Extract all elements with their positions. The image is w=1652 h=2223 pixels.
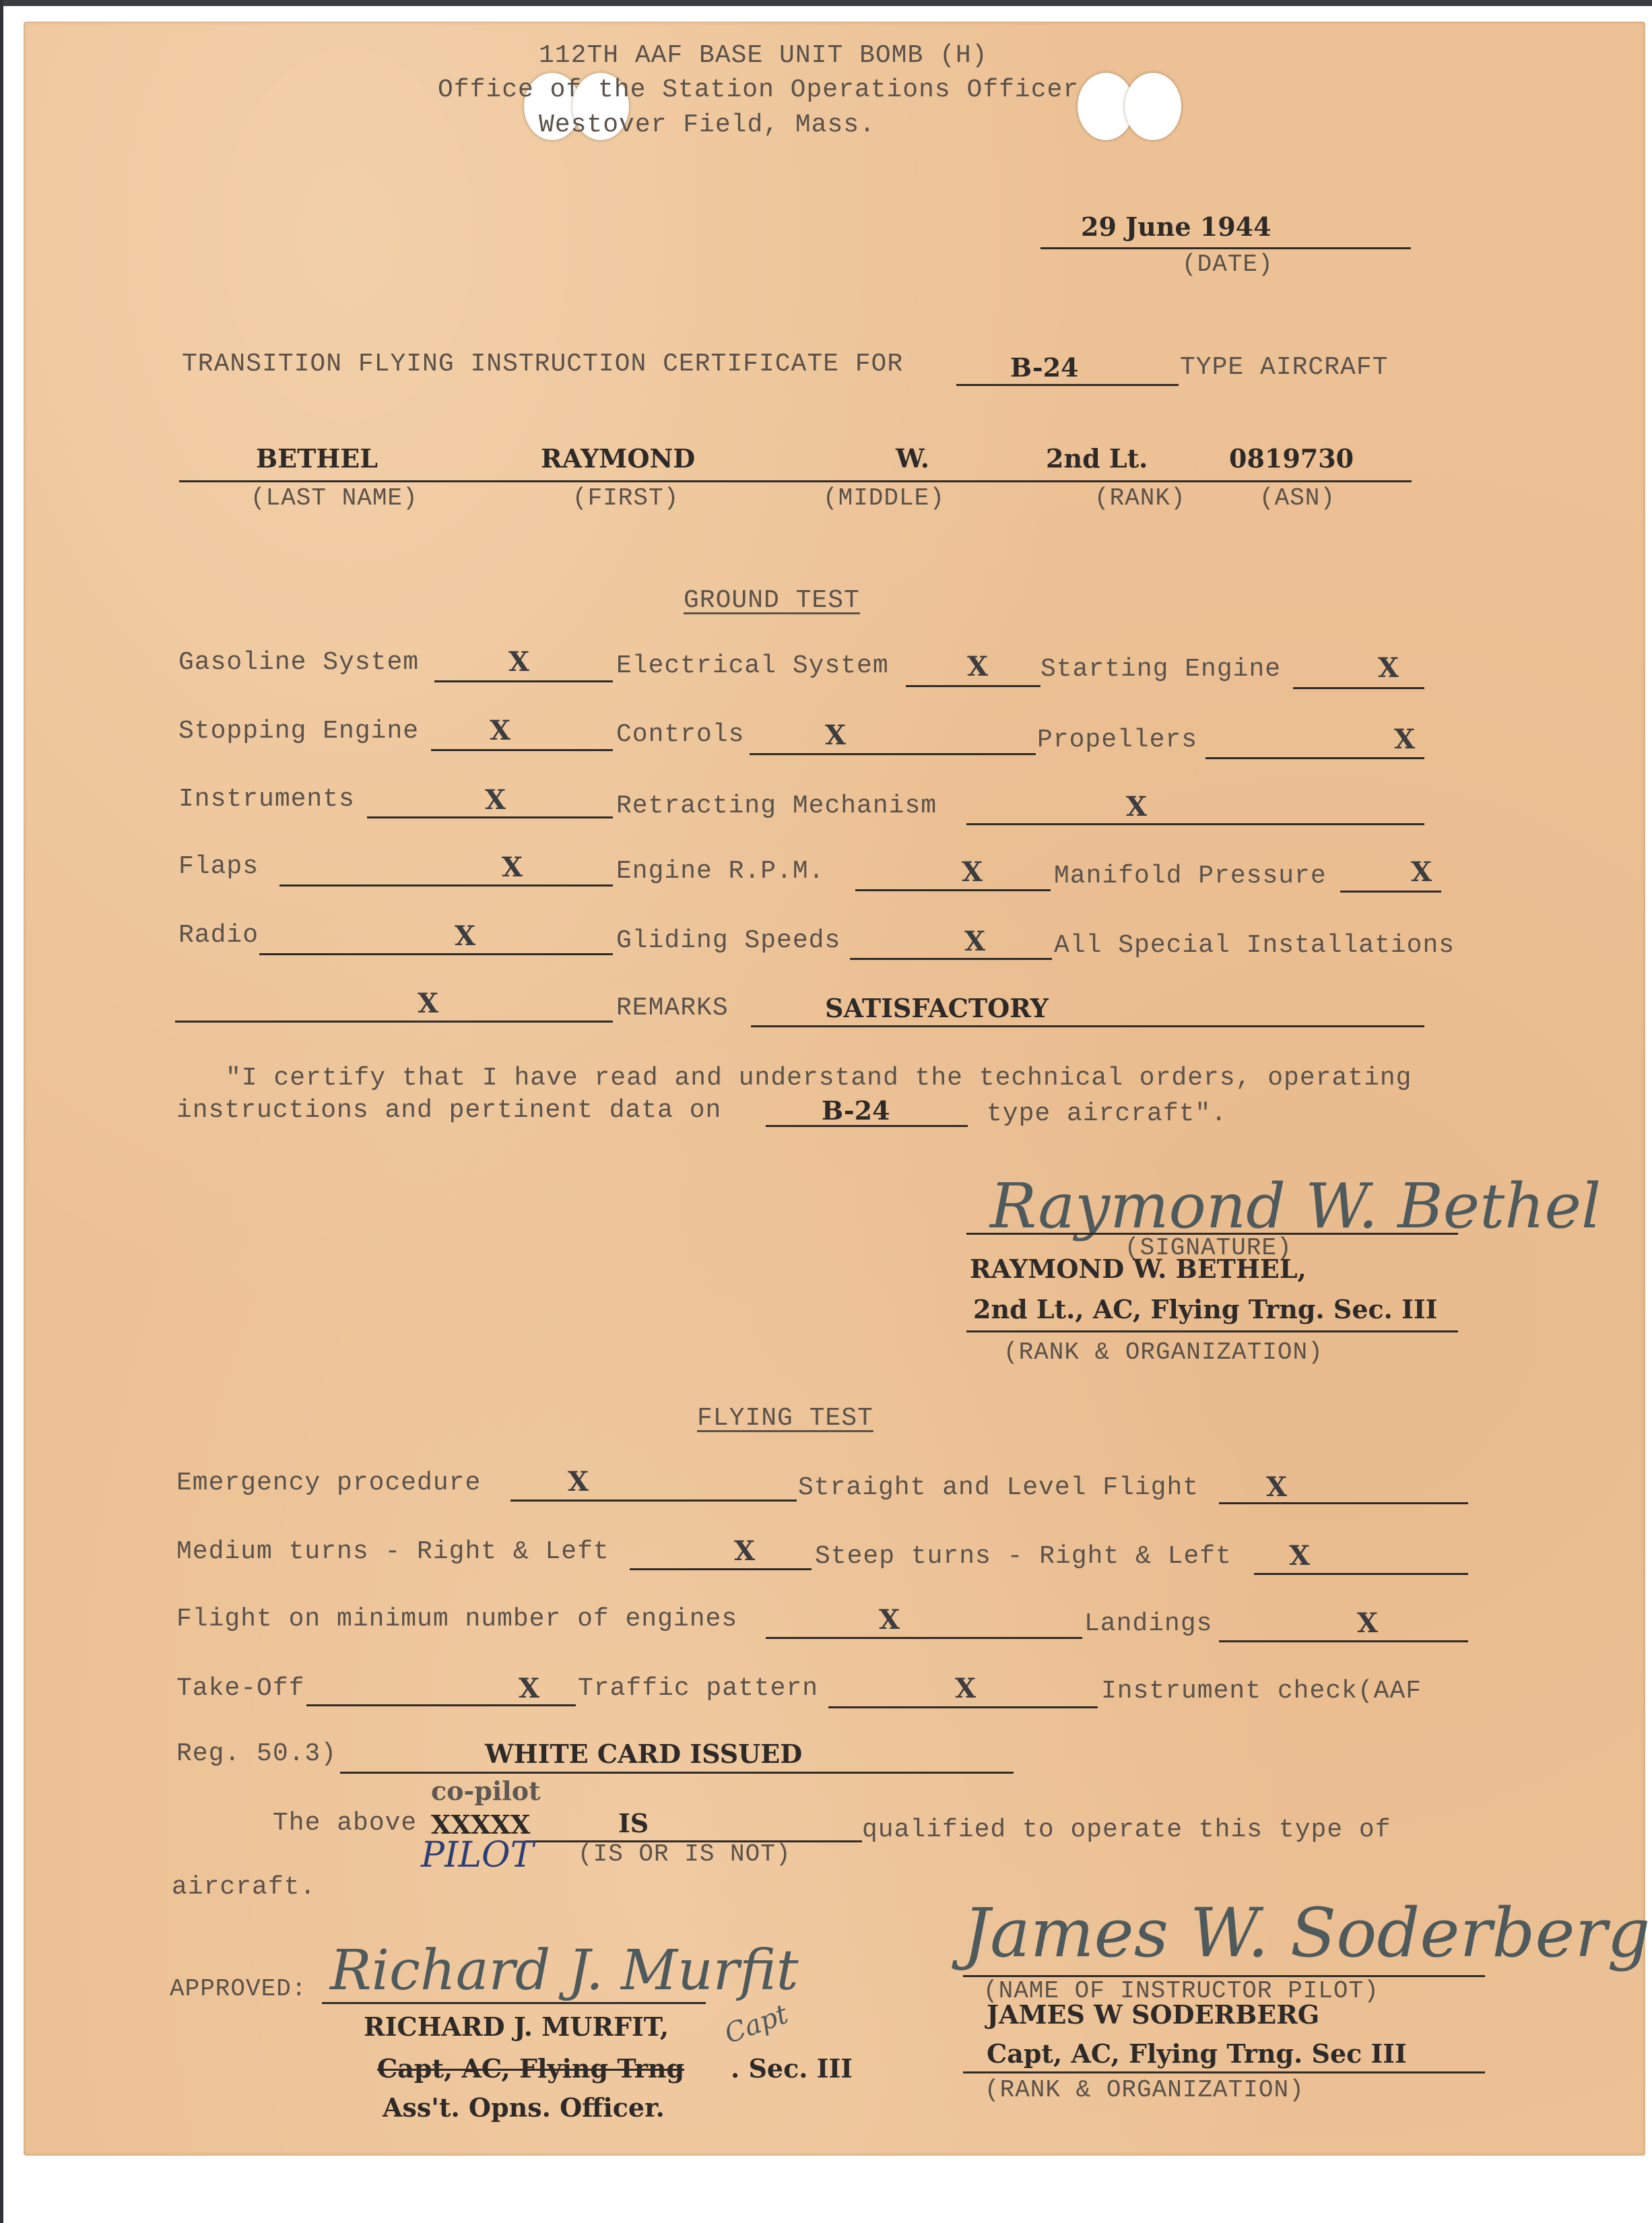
ground-item-mark: X (455, 923, 475, 950)
header-office: Office of the Station Operations Officer (438, 77, 1079, 103)
ground-item-mark: X (490, 717, 510, 744)
ground-item-mark: X (485, 787, 506, 814)
flying-item-label: Flight on minimum number of engines (176, 1607, 737, 1632)
trainee-typed-name: RAYMOND W. BETHEL, (970, 1256, 1307, 1282)
certificate-aircraft: B-24 (1010, 355, 1078, 381)
trainee-rank-org-label: (RANK & ORGANIZATION) (1003, 1341, 1323, 1365)
ground-item-line (175, 1021, 613, 1023)
flying-item-mark: X (734, 1538, 755, 1565)
ground-item-mark: X (1126, 794, 1147, 820)
approved-label: APPROVED: (170, 1977, 306, 2001)
ground-item-label: Electrical System (616, 653, 889, 679)
ground-item-label: Stopping Engine (178, 719, 419, 744)
flying-item-label: Traffic pattern (578, 1676, 818, 1702)
reg-line (340, 1772, 1014, 1774)
middle-name-label: (MIDDLE) (823, 486, 945, 511)
ground-item-line (855, 889, 1051, 891)
flying-item-line (510, 1500, 797, 1502)
flying-item-mark: X (955, 1675, 976, 1702)
punch-hole (1125, 73, 1181, 140)
flying-item-mark: X (519, 1675, 539, 1702)
certificate-prefix: TRANSITION FLYING INSTRUCTION CERTIFICAT… (182, 352, 903, 377)
ground-item-label: Gasoline System (178, 650, 419, 676)
flying-item-label: Instrument check(AAF (1101, 1679, 1422, 1704)
flying-item-label: Medium turns - Right & Left (176, 1539, 609, 1565)
flying-item-mark: X (568, 1469, 589, 1495)
qualification-suffix: qualified to operate this type of (862, 1817, 1391, 1843)
reg-label: Reg. 50.3) (176, 1741, 337, 1767)
approval-rank-rest: . Sec. III (731, 2056, 853, 2082)
instructor-rank-org-label: (RANK & ORGANIZATION) (985, 2078, 1304, 2102)
flying-item-mark: X (1266, 1474, 1287, 1501)
flying-item-line (1254, 1573, 1468, 1575)
certification-line2-suffix: type aircraft". (987, 1101, 1227, 1127)
trainee-signature: Raymond W. Bethel (990, 1175, 1601, 1237)
flying-item-line (1219, 1502, 1468, 1504)
trainee-last-name: BETHEL (256, 446, 378, 472)
ground-item-mark: X (418, 990, 438, 1017)
ground-item-label: Instruments (178, 787, 355, 812)
ground-item-line (434, 680, 613, 682)
ground-item-line (850, 958, 1052, 960)
ground-item-mark: X (964, 928, 985, 955)
ground-item-mark: X (962, 859, 983, 886)
qualification-handwritten: PILOT (421, 1838, 533, 1873)
certification-line2-prefix: instructions and pertinent data on (176, 1098, 721, 1124)
trainee-name-line (179, 480, 1412, 482)
qualification-struck-word: XXXXX (431, 1812, 530, 1838)
flying-item-line (306, 1704, 576, 1706)
flying-item-label: Steep turns - Right & Left (815, 1544, 1232, 1570)
ground-item-label: Gliding Speeds (616, 928, 840, 954)
ground-item-label: Engine R.P.M. (616, 859, 824, 884)
instructor-signature: James W. Soderberg (963, 1900, 1650, 1967)
first-name-label: (FIRST) (572, 486, 679, 511)
ground-item-mark: X (1378, 655, 1399, 682)
qualification-line2: aircraft. (172, 1875, 316, 1900)
ground-item-line (1293, 687, 1424, 689)
ground-item-label: Retracting Mechanism (616, 794, 937, 819)
remarks-value: SATISFACTORY (825, 996, 1049, 1021)
ground-item-mark: X (502, 854, 523, 881)
approval-typed-name: RICHARD J. MURFIT, (364, 2014, 669, 2040)
ground-item-mark: X (825, 722, 846, 749)
ground-test-title: GROUND TEST (684, 588, 860, 614)
reg-value: WHITE CARD ISSUED (485, 1741, 802, 1767)
ground-item-mark: X (1411, 859, 1432, 886)
header-unit: 112TH AAF BASE UNIT BOMB (H) (539, 43, 988, 69)
trainee-rank-line (966, 1330, 1458, 1332)
asn-label: (ASN) (1259, 486, 1335, 511)
trainee-rank: 2nd Lt. (1046, 446, 1148, 472)
approval-title: Ass't. Opns. Officer. (383, 2095, 665, 2121)
ground-item-label: Starting Engine (1040, 657, 1281, 682)
flying-item-label: Emergency procedure (176, 1471, 481, 1496)
qualification-status-label: (IS OR IS NOT) (578, 1842, 791, 1867)
ground-item-label: Controls (616, 722, 744, 748)
ground-item-label: Manifold Pressure (1054, 864, 1327, 889)
flying-item-label: Take-Off (176, 1676, 304, 1702)
rank-label: (RANK) (1094, 486, 1186, 511)
approval-struck-rank: Capt, AC, Flying Trng (377, 2056, 684, 2082)
certification-aircraft: B-24 (822, 1098, 890, 1124)
date-line (1040, 247, 1411, 249)
qualification-typed-over: co-pilot (431, 1778, 541, 1804)
scan-left-edge (0, 0, 3, 2223)
trainee-first-name: RAYMOND (541, 446, 695, 472)
certificate-aircraft-line (956, 384, 1179, 386)
ground-item-line (1205, 757, 1424, 759)
instructor-typed-name: JAMES W SODERBERG (987, 2002, 1319, 2028)
ground-item-line (367, 816, 613, 818)
ground-item-line (906, 685, 1040, 687)
flying-item-mark: X (1289, 1543, 1310, 1570)
date-value: 29 June 1944 (1081, 214, 1271, 240)
ground-item-label: All Special Installations (1054, 933, 1455, 959)
ground-item-mark: X (967, 653, 988, 680)
certification-line1: "I certify that I have read and understa… (226, 1066, 1412, 1091)
ground-item-mark: X (508, 649, 529, 676)
certificate-suffix: TYPE AIRCRAFT (1180, 355, 1388, 381)
ground-item-line (431, 749, 613, 751)
trainee-rank-org: 2nd Lt., AC, Flying Trng. Sec. III (973, 1297, 1437, 1322)
ground-item-label: Radio (178, 923, 259, 948)
last-name-label: (LAST NAME) (251, 486, 418, 511)
flying-item-line (1219, 1640, 1468, 1642)
flying-item-mark: X (1357, 1610, 1378, 1637)
instructor-rank-line (963, 2071, 1485, 2073)
ground-item-mark: X (1394, 726, 1415, 753)
ground-item-label: Flaps (178, 854, 259, 880)
ground-item-line (750, 753, 1036, 755)
flying-item-mark: X (879, 1607, 900, 1634)
ground-item-line (259, 953, 613, 955)
ground-item-label: Propellers (1037, 728, 1197, 753)
qualification-status: IS (618, 1811, 649, 1836)
flying-item-label: Straight and Level Flight (798, 1475, 1199, 1501)
ground-item-line (279, 884, 613, 887)
trainee-middle: W. (896, 446, 929, 472)
trainee-asn: 0819730 (1229, 446, 1354, 472)
certification-aircraft-line (766, 1125, 968, 1127)
flying-item-label: Landings (1084, 1611, 1212, 1637)
remarks-label: REMARKS (616, 996, 729, 1021)
remarks-line (751, 1025, 1424, 1027)
flying-item-line (828, 1706, 1098, 1708)
instructor-rank-org: Capt, AC, Flying Trng. Sec III (987, 2041, 1407, 2067)
flying-item-line (766, 1637, 1082, 1639)
approval-signature-line (322, 2002, 706, 2004)
flying-item-line (630, 1568, 812, 1570)
header-location: Westover Field, Mass. (539, 112, 875, 138)
approval-signature: Richard J. Murfit (330, 1943, 799, 1999)
ground-item-line (1340, 891, 1441, 893)
scan-top-edge (0, 0, 1652, 6)
qualification-prefix: The above (273, 1811, 417, 1836)
date-label: (DATE) (1182, 253, 1274, 277)
flying-test-title: FLYING TEST (697, 1406, 873, 1431)
ground-item-line (966, 823, 1424, 825)
